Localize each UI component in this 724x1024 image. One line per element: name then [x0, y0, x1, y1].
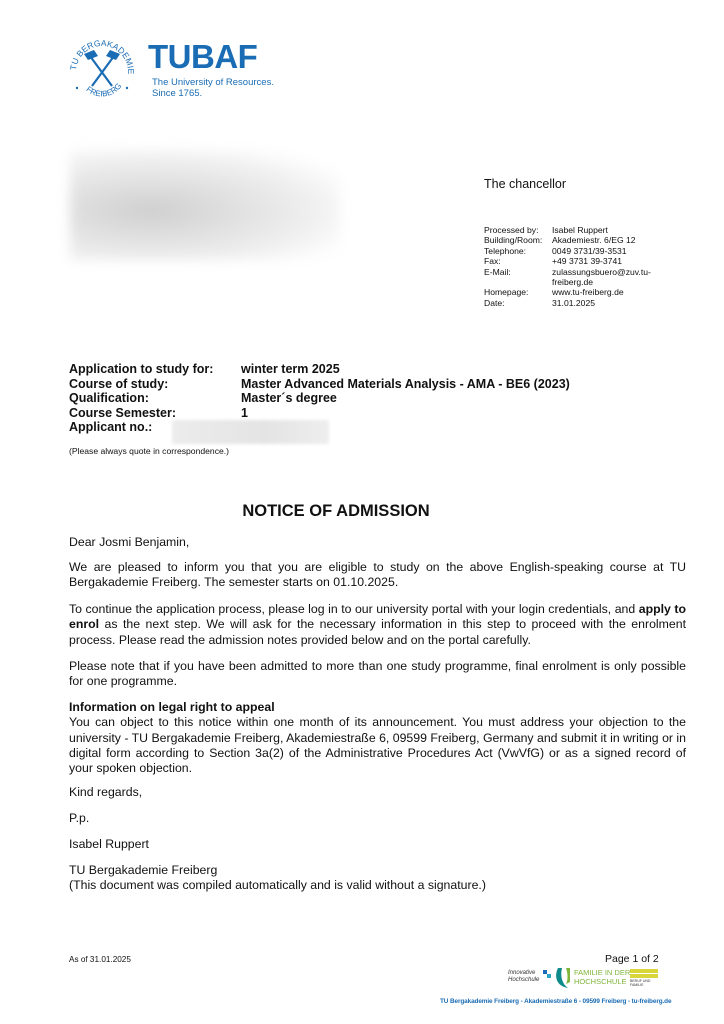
- auto-generated-note: (This document was compiled automaticall…: [69, 878, 686, 893]
- innovative-hochschule-logo: Innovative Hochschule: [508, 970, 539, 984]
- contact-value[interactable]: zulassungsbuero@zuv.tu-freiberg.de: [552, 267, 662, 288]
- contact-row: Fax:+49 3731 39-3741: [484, 256, 662, 266]
- signature-block: TU Bergakademie Freiberg (This document …: [69, 863, 686, 894]
- contact-row: Date:31.01.2025: [484, 298, 662, 308]
- p2-text-b: as the next step. We will ask for the ne…: [69, 617, 686, 646]
- organization-name: TU Bergakademie Freiberg: [69, 863, 686, 878]
- application-label: Course Semester:: [69, 406, 241, 421]
- signer-name: Isabel Ruppert: [69, 837, 686, 852]
- contact-label: Homepage:: [484, 287, 552, 297]
- beruf-und-familie-badge: BERUF UND FAMILIE: [630, 969, 658, 985]
- application-value: Master´s degree: [241, 391, 570, 406]
- sender-title: The chancellor: [484, 177, 566, 191]
- application-label: Application to study for:: [69, 362, 241, 377]
- p2-text-a: To continue the application process, ple…: [69, 602, 639, 616]
- closing: Kind regards,: [69, 785, 686, 800]
- application-value: winter term 2025: [241, 362, 570, 377]
- contact-row: E-Mail:zulassungsbuero@zuv.tu-freiberg.d…: [484, 267, 662, 288]
- applicant-number-redacted: [172, 420, 329, 444]
- contact-row: Homepage:www.tu-freiberg.de: [484, 287, 662, 297]
- logo-tagline: The University of Resources. Since 1765.: [152, 77, 274, 99]
- tagline-line-2: Since 1765.: [152, 88, 274, 99]
- contact-label: Fax:: [484, 256, 552, 266]
- hochschule-text: Hochschule: [508, 977, 539, 984]
- as-of-date: As of 31.01.2025: [69, 955, 131, 964]
- svg-text:FREIBERG: FREIBERG: [85, 81, 124, 98]
- contact-value: 31.01.2025: [552, 298, 662, 308]
- page-title: NOTICE OF ADMISSION: [0, 502, 672, 521]
- contact-label: Telephone:: [484, 246, 552, 256]
- page-number: Page 1 of 2: [605, 953, 659, 965]
- application-row: Application to study for:winter term 202…: [69, 362, 570, 377]
- familie-in-der-hochschule-logo: FAMILIE IN DER HOCHSCHULE: [574, 968, 630, 986]
- familie-text: FAMILIE IN DER: [574, 968, 630, 977]
- paragraph-single-enrolment: Please note that if you have been admitt…: [69, 659, 686, 690]
- footer-address: TU Bergakademie Freiberg - Akademiestraß…: [440, 998, 671, 1005]
- hammer-and-pick-icon: TU BERGAKADEMIE FREIBERG: [66, 38, 138, 102]
- application-value: Master Advanced Materials Analysis - AMA…: [241, 377, 570, 392]
- appeal-section: Information on legal right to appeal You…: [69, 700, 686, 776]
- contact-value: +49 3731 39-3741: [552, 256, 662, 266]
- application-label: Course of study:: [69, 377, 241, 392]
- application-row: Course of study:Master Advanced Material…: [69, 377, 570, 392]
- familie-leaf-icon: [554, 966, 572, 990]
- paragraph-eligibility: We are pleased to inform you that you ar…: [69, 560, 686, 591]
- svg-text:TU BERGAKADEMIE: TU BERGAKADEMIE: [68, 38, 136, 75]
- application-value: 1: [241, 406, 570, 421]
- appeal-heading: Information on legal right to appeal: [69, 700, 686, 715]
- appeal-text: You can object to this notice within one…: [69, 715, 686, 776]
- per-procurationem: P.p.: [69, 811, 686, 826]
- application-label: Qualification:: [69, 391, 241, 406]
- salutation: Dear Josmi Benjamin,: [69, 535, 686, 550]
- application-row: Qualification:Master´s degree: [69, 391, 570, 406]
- university-seal-logo: TU BERGAKADEMIE FREIBERG: [66, 38, 138, 102]
- hochschule-familie-text: HOCHSCHULE: [574, 977, 630, 986]
- puzzle-icon: [542, 968, 552, 980]
- contact-label: Processed by:: [484, 225, 552, 235]
- contact-row: Telephone:0049 3731/39-3531: [484, 246, 662, 256]
- contact-label: Date:: [484, 298, 552, 308]
- contact-row: Building/Room:Akademiestr. 6/EG 12: [484, 235, 662, 245]
- contact-label: Building/Room:: [484, 235, 552, 245]
- contact-row: Processed by:Isabel Ruppert: [484, 225, 662, 235]
- contact-details: Processed by:Isabel RuppertBuilding/Room…: [484, 225, 662, 308]
- recipient-address-redacted: [70, 150, 340, 260]
- contact-value: 0049 3731/39-3531: [552, 246, 662, 256]
- innovative-text: Innovative: [508, 970, 539, 977]
- contact-label: E-Mail:: [484, 267, 552, 288]
- badge-text: BERUF UND FAMILIE: [630, 979, 658, 987]
- quote-note: (Please always quote in correspondence.): [69, 446, 229, 456]
- tubaf-wordmark: TUBAF: [148, 40, 257, 73]
- certification-logos: Innovative Hochschule FAMILIE IN DER HOC…: [508, 966, 658, 990]
- contact-value: Akademiestr. 6/EG 12: [552, 235, 662, 245]
- contact-value[interactable]: www.tu-freiberg.de: [552, 287, 662, 297]
- contact-value: Isabel Ruppert: [552, 225, 662, 235]
- application-row: Course Semester:1: [69, 406, 570, 421]
- tagline-line-1: The University of Resources.: [152, 77, 274, 88]
- paragraph-next-steps: To continue the application process, ple…: [69, 602, 686, 648]
